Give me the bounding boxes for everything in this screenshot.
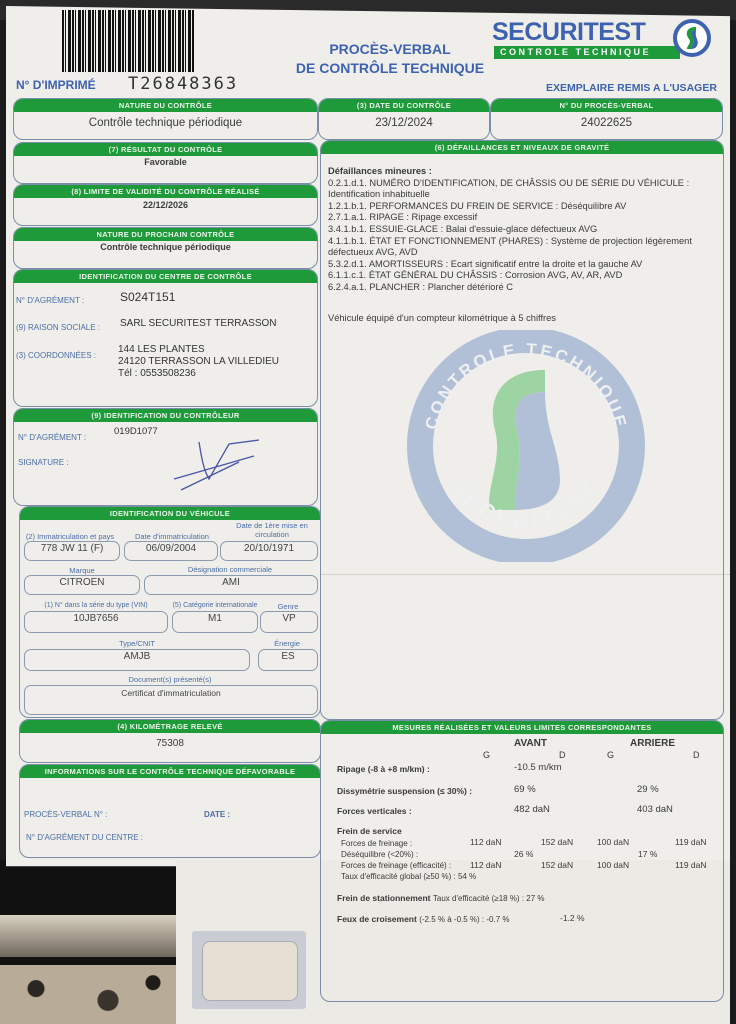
numero-pv-header: N° DU PROCÈS-VERBAL [491, 99, 722, 112]
signature-label: SIGNATURE : [18, 458, 69, 467]
forces-verticales-label: Forces verticales : [337, 806, 412, 816]
energie-label: Énergie [258, 639, 316, 648]
feux-croisement-label: Feux de croisement [337, 914, 417, 924]
nature-controle-value: Contrôle technique périodique [14, 117, 317, 129]
centre-phone: Tél : 0553508236 [118, 368, 279, 380]
defaillances-header: (6) DÉFAILLANCES ET NIVEAUX DE GRAVITÉ [321, 141, 723, 154]
desequilibre-label: Déséquilibre (<20%) : [341, 850, 418, 859]
copy-note: EXEMPLAIRE REMIS A L'USAGER [546, 82, 717, 94]
document-title: PROCÈS-VERBAL DE CONTRÔLE TECHNIQUE [290, 40, 490, 78]
col-arriere-d: D [693, 750, 700, 760]
vehicule-box: IDENTIFICATION DU VÉHICULE (2) Immatricu… [19, 506, 321, 718]
nature-controle-header: NATURE DU CONTRÔLE [14, 99, 317, 112]
kilometrage-header: (4) KILOMÉTRAGE RELEVÉ [20, 720, 320, 733]
brand-logo: SECURITEST CONTROLE TECHNIQUE [492, 18, 722, 62]
forces-verticales-arriere-value: 403 daN [637, 804, 673, 815]
date-controle-header: (3) DATE DU CONTRÔLE [319, 99, 489, 112]
feux-croisement-value-2: -1.2 % [560, 913, 585, 923]
background-rail [0, 915, 180, 957]
title-line-2: DE CONTRÔLE TECHNIQUE [290, 59, 490, 78]
forces-efficacite-arg: 100 daN [597, 860, 629, 870]
controleur-header: (9) IDENTIFICATION DU CONTRÔLEUR [14, 409, 317, 422]
brand-s-icon [672, 18, 712, 58]
vin-label: (1) N° dans la série du type (VIN) [22, 602, 170, 609]
vehicule-header: IDENTIFICATION DU VÉHICULE [20, 507, 320, 520]
defaillances-heading: Défaillances mineures : [328, 166, 723, 178]
numero-pv-box: N° DU PROCÈS-VERBAL 24022625 [490, 98, 723, 140]
defavorable-box: INFORMATIONS SUR LE CONTRÔLE TECHNIQUE D… [19, 764, 321, 858]
prochain-controle-header: NATURE DU PROCHAIN CONTRÔLE [14, 228, 317, 241]
controleur-agrement-label: N° D'AGRÉMENT : [18, 433, 86, 442]
forces-freinage-label: Forces de freinage : [341, 839, 412, 848]
validite-value: 22/12/2026 [14, 200, 317, 210]
controleur-box: (9) IDENTIFICATION DU CONTRÔLEUR N° D'AG… [13, 408, 318, 506]
kilometrage-value: 75308 [20, 738, 320, 749]
imprime-number: T26848363 [128, 74, 238, 94]
date-controle-value: 23/12/2024 [319, 117, 489, 129]
forces-efficacite-ard: 119 daN [675, 860, 707, 870]
forces-verticales-avant-value: 482 daN [514, 804, 550, 815]
mesures-header: MESURES RÉALISÉES ET VALEURS LIMITES COR… [321, 721, 723, 734]
centre-agrement-value: S024T151 [120, 290, 175, 304]
defaillance-item: 6.2.4.a.1. PLANCHER : Plancher détérioré… [328, 282, 723, 294]
forces-freinage-avg: 112 daN [470, 837, 502, 847]
centre-address: 144 LES PLANTES 24120 TERRASSON LA VILLE… [118, 344, 279, 380]
frein-stationnement-value: Taux d'efficacité (≥18 %) : 27 % [433, 894, 545, 903]
defaillance-item: 2.7.1.a.1. RIPAGE : Ripage excessif [328, 212, 723, 224]
date-mec-label: Date de 1ère mise en circulation [226, 521, 318, 539]
centre-raison-label: (9) RAISON SOCIALE : [16, 323, 100, 332]
title-line-1: PROCÈS-VERBAL [290, 40, 490, 59]
numero-pv-value: 24022625 [491, 117, 722, 129]
type-label: Type/CNIT [24, 639, 250, 648]
centre-address-line2: 24120 TERRASSON LA VILLEDIEU [118, 356, 279, 368]
forces-freinage-avd: 152 daN [541, 837, 573, 847]
validite-box: (8) LIMITE DE VALIDITÉ DU CONTRÔLE RÉALI… [13, 184, 318, 226]
dissymetrie-label: Dissymétrie suspension (≤ 30%) : [337, 786, 472, 796]
dissymetrie-arriere-value: 29 % [637, 784, 659, 795]
defaillance-item: 0.2.1.d.1. NUMÉRO D'IDENTIFICATION, DE C… [328, 178, 723, 201]
immat-label: (2) Immatriculation et pays [22, 532, 118, 541]
date-mec-value: 20/10/1971 [220, 541, 318, 561]
col-avant: AVANT [514, 738, 547, 749]
defaillance-item: 4.1.1.b.1. ÉTAT ET FONCTIONNEMENT (PHARE… [328, 236, 723, 259]
kilometrage-box: (4) KILOMÉTRAGE RELEVÉ 75308 [19, 719, 321, 763]
defavorable-agrement-label: N° D'AGRÉMENT DU CENTRE : [26, 833, 143, 842]
centre-header: IDENTIFICATION DU CENTRE DE CONTRÔLE [14, 270, 317, 283]
frein-stationnement-label: Frein de stationnement [337, 893, 431, 903]
frein-service-label: Frein de service [337, 826, 402, 836]
designation-label: Désignation commerciale [144, 565, 316, 574]
defavorable-date-label: DATE : [204, 810, 230, 819]
centre-box: IDENTIFICATION DU CENTRE DE CONTRÔLE N° … [13, 269, 318, 407]
taux-efficacite-global: Taux d'efficacité global (≥50 %) : 54 % [341, 872, 476, 881]
forces-efficacite-avd: 152 daN [541, 860, 573, 870]
defavorable-header: INFORMATIONS SUR LE CONTRÔLE TECHNIQUE D… [20, 765, 320, 778]
centre-address-line1: 144 LES PLANTES [118, 344, 279, 356]
validite-header: (8) LIMITE DE VALIDITÉ DU CONTRÔLE RÉALI… [14, 185, 317, 198]
centre-raison-value: SARL SECURITEST TERRASSON [120, 318, 277, 329]
designation-value: AMI [144, 575, 318, 595]
feux-croisement-value: (-2.5 % à -0.5 %) : -0.7 % [419, 915, 509, 924]
resultat-header: (7) RÉSULTAT DU CONTRÔLE [14, 143, 317, 156]
forces-freinage-arg: 100 daN [597, 837, 629, 847]
centre-agrement-label: N° D'AGRÉMENT : [16, 296, 84, 305]
date-controle-box: (3) DATE DU CONTRÔLE 23/12/2024 [318, 98, 490, 140]
genre-value: VP [260, 611, 318, 633]
compteur-note: Véhicule équipé d'un compteur kilométriq… [328, 313, 723, 325]
brand-name: SECURITEST [492, 18, 645, 46]
documents-label: Document(s) présenté(s) [24, 675, 316, 684]
background-countertop [0, 965, 180, 1024]
categorie-label: (5) Catégorie internationale [170, 602, 260, 609]
imprime-label: N° D'IMPRIMÉ [16, 78, 96, 92]
defaillances-list: Défaillances mineures : 0.2.1.d.1. NUMÉR… [328, 166, 723, 324]
col-arriere: ARRIERE [630, 738, 675, 749]
date-immat-label: Date d'immatriculation [124, 532, 220, 541]
ripage-avant-value: -10.5 m/km [514, 762, 562, 773]
date-immat-value: 06/09/2004 [124, 541, 218, 561]
defaillance-item: 5.3.2.d.1. AMORTISSEURS : Ecart signific… [328, 259, 723, 271]
forces-efficacite-avg: 112 daN [470, 860, 502, 870]
signature-scribble-icon [169, 434, 264, 494]
desequilibre-avant-value: 26 % [514, 849, 533, 859]
defaillance-item: 6.1.1.c.1. ÉTAT GÉNÉRAL DU CHÂSSIS : Cor… [328, 270, 723, 282]
desequilibre-arriere-value: 17 % [638, 849, 657, 859]
forces-efficacite-label: Forces de freinage (efficacité) : [341, 861, 451, 870]
immat-value: 778 JW 11 (F) [24, 541, 120, 561]
resultat-value: Favorable [14, 157, 317, 167]
defavorable-pv-label: PROCÈS-VERBAL N° : [24, 810, 107, 819]
ripage-label: Ripage (-8 à +8 m/km) : [337, 764, 430, 774]
defaillance-item: 1.2.1.b.1. PERFORMANCES DU FREIN DE SERV… [328, 201, 723, 213]
marque-label: Marque [24, 566, 140, 575]
documents-value: Certificat d'immatriculation [24, 685, 318, 715]
barcode [62, 10, 194, 72]
col-arriere-g: G [607, 750, 614, 760]
resultat-box: (7) RÉSULTAT DU CONTRÔLE Favorable [13, 142, 318, 184]
marque-value: CITROEN [24, 575, 140, 595]
prochain-controle-box: NATURE DU PROCHAIN CONTRÔLE Contrôle tec… [13, 227, 318, 269]
energie-value: ES [258, 649, 318, 671]
dissymetrie-avant-value: 69 % [514, 784, 536, 795]
col-avant-d: D [559, 750, 566, 760]
controleur-agrement-value: 019D1077 [114, 426, 158, 437]
type-value: AMJB [24, 649, 250, 671]
col-avant-g: G [483, 750, 490, 760]
brand-text: SECURITEST [492, 18, 645, 46]
categorie-value: M1 [172, 611, 258, 633]
nature-controle-box: NATURE DU CONTRÔLE Contrôle technique pé… [13, 98, 318, 140]
sticker-window [192, 931, 306, 1009]
brand-tagline: CONTROLE TECHNIQUE [494, 46, 680, 59]
vin-value: 10JB7656 [24, 611, 168, 633]
forces-freinage-ard: 119 daN [675, 837, 707, 847]
prochain-controle-value: Contrôle technique périodique [14, 242, 317, 252]
centre-coord-label: (3) COORDONNÉES : [16, 351, 96, 360]
genre-label: Genre [260, 602, 316, 611]
defaillance-item: 3.4.1.b.1. ESSUIE-GLACE : Balai d'essuie… [328, 224, 723, 236]
